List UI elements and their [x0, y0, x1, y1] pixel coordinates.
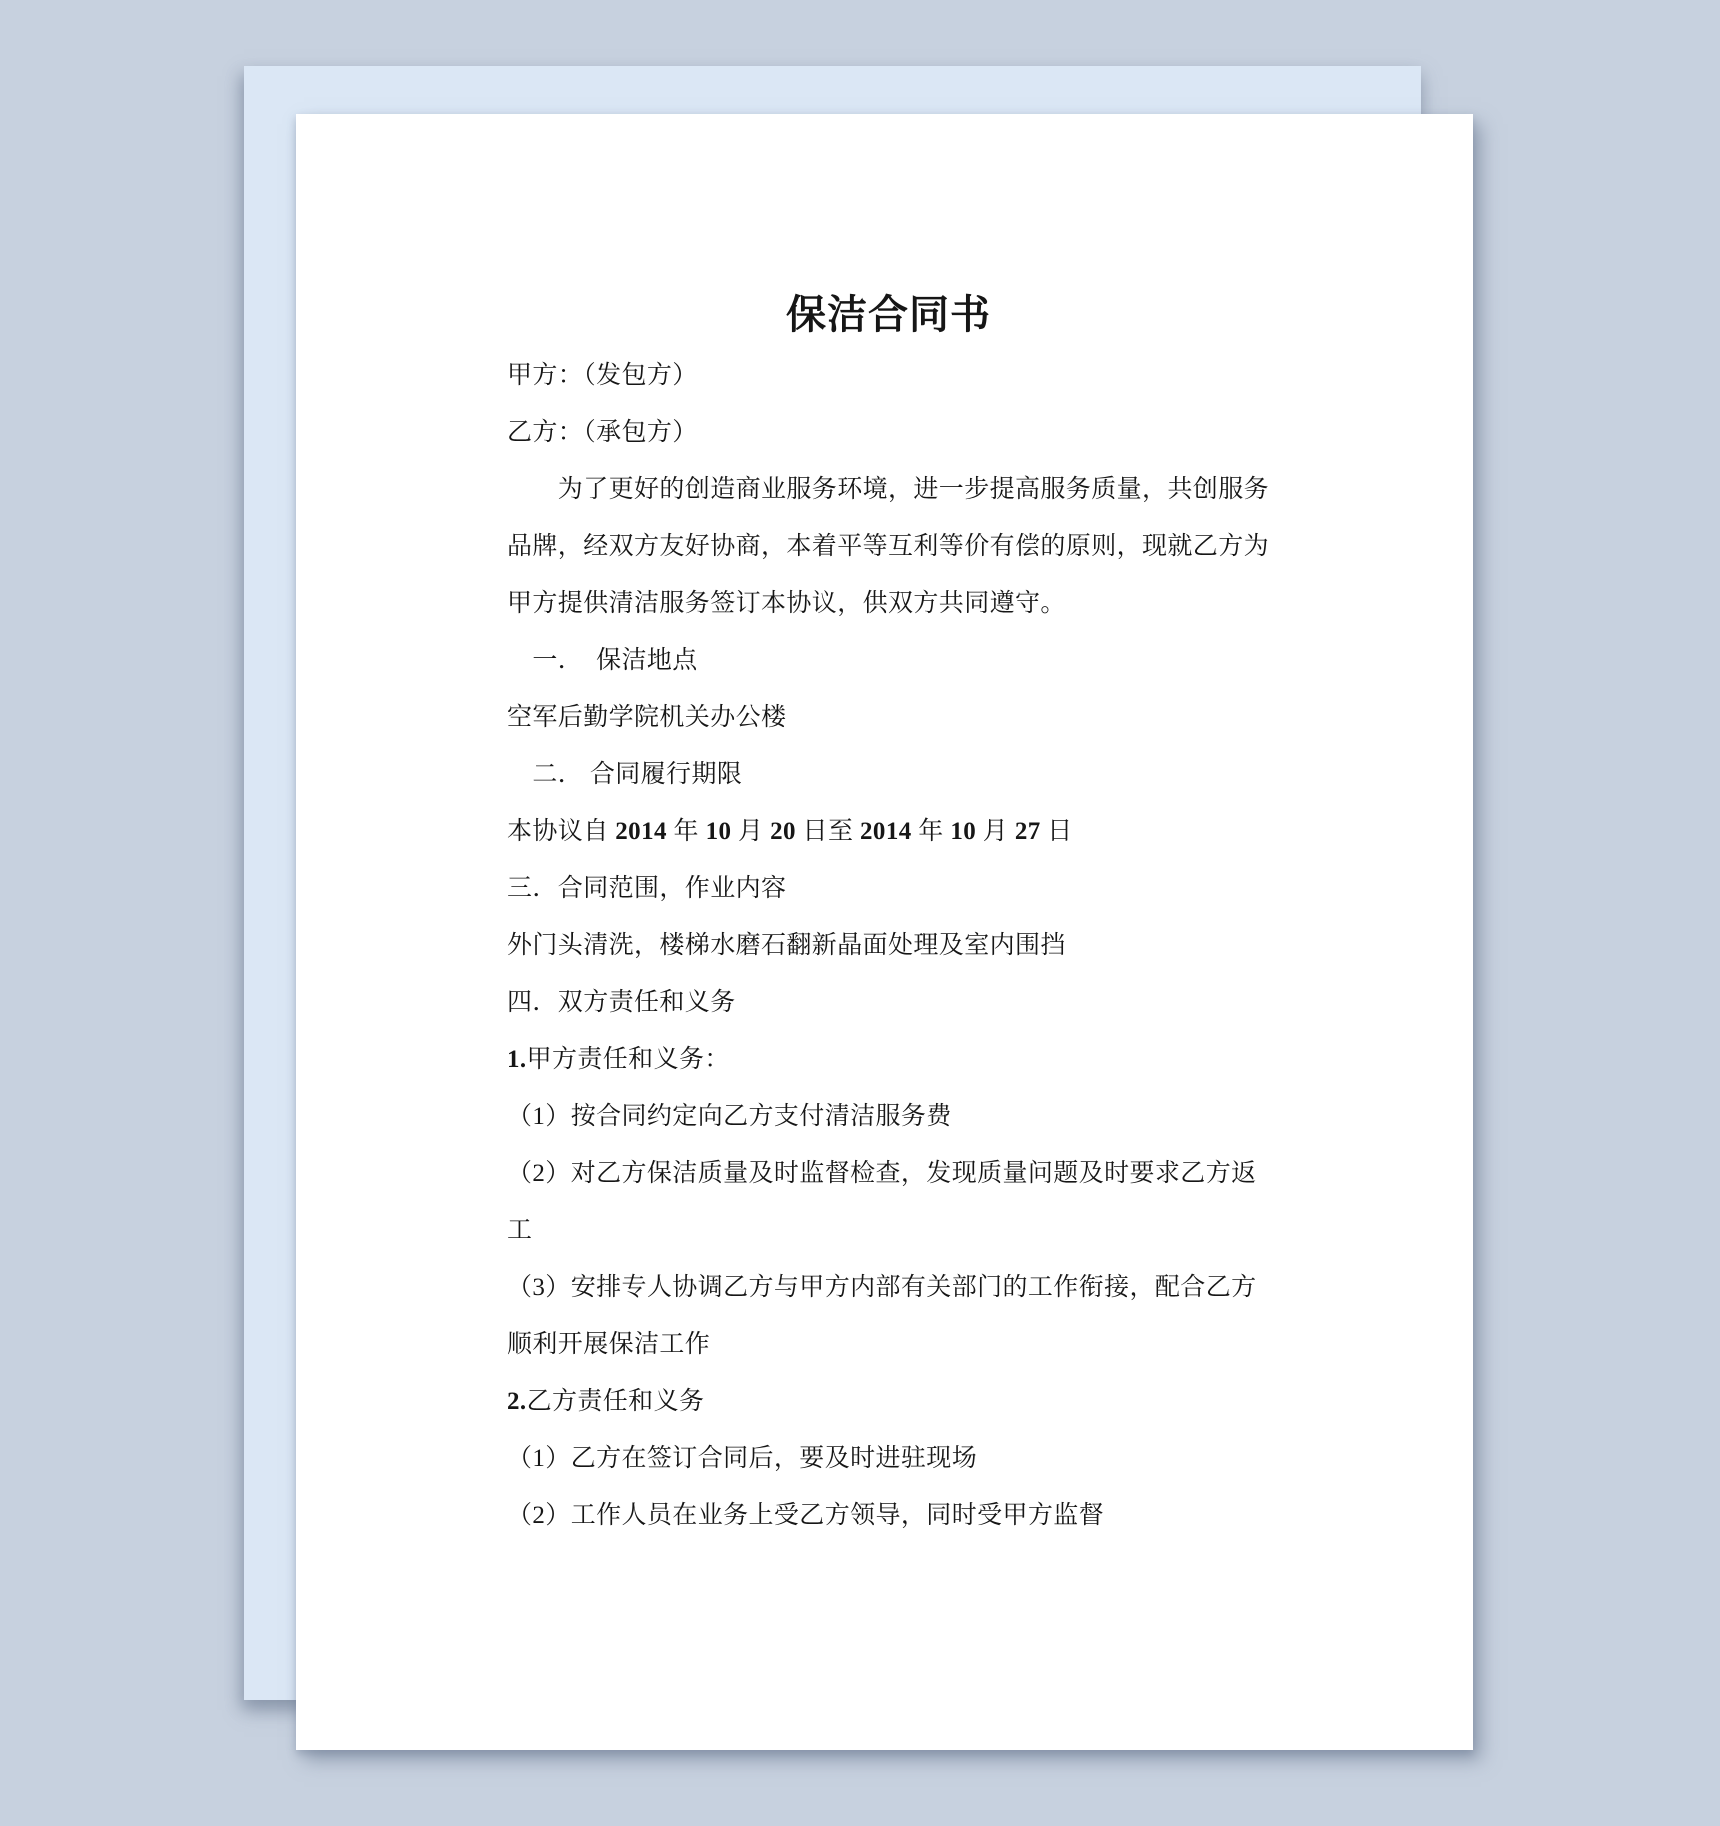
text-segment: 日: [1041, 818, 1073, 845]
text-segment: 外门头清洗，楼梯水磨石翻新晶面处理及室内围挡: [507, 932, 1066, 959]
text-segment: 日至: [796, 818, 860, 845]
document-line: 甲方提供清洁服务签订本协议，供双方共同遵守。: [507, 575, 1066, 632]
text-segment: 1.: [507, 1046, 527, 1073]
text-segment: 年: [667, 818, 706, 845]
document-line: （3）安排专人协调乙方与甲方内部有关部门的工作衔接，配合乙方: [507, 1259, 1257, 1316]
document-line: （1）按合同约定向乙方支付清洁服务费: [507, 1088, 952, 1145]
document-line: 本协议自 2014 年 10 月 20 日至 2014 年 10 月 27 日: [507, 803, 1073, 860]
document-line: 二． 合同履行期限: [507, 746, 742, 803]
document-line: 顺利开展保洁工作: [507, 1316, 710, 1373]
document-line: （2）对乙方保洁质量及时监督检查，发现质量问题及时要求乙方返: [507, 1145, 1257, 1202]
document-line: 2.乙方责任和义务: [507, 1373, 704, 1430]
text-segment: 2014: [860, 818, 912, 845]
text-segment: 顺利开展保洁工作: [507, 1331, 710, 1358]
text-segment: 27: [1015, 818, 1041, 845]
text-segment: （2）对乙方保洁质量及时监督检查，发现质量问题及时要求乙方返: [507, 1160, 1257, 1187]
text-segment: 三．合同范围，作业内容: [507, 875, 786, 902]
page-title: 保洁合同书: [507, 284, 1270, 346]
document-line: 一． 保洁地点: [507, 632, 698, 689]
document-line: 外门头清洗，楼梯水磨石翻新晶面处理及室内围挡: [507, 917, 1066, 974]
text-segment: 10: [950, 818, 976, 845]
document-line: 乙方：（承包方）: [507, 404, 698, 461]
document-line: 为了更好的创造商业服务环境，进一步提高服务质量，共创服务: [507, 461, 1269, 518]
document-line: 三．合同范围，作业内容: [507, 860, 786, 917]
text-segment: （1）乙方在签订合同后，要及时进驻现场: [507, 1445, 977, 1472]
text-segment: 甲方提供清洁服务签订本协议，供双方共同遵守。: [507, 590, 1066, 617]
text-segment: 一． 保洁地点: [507, 647, 698, 674]
text-segment: 甲方责任和义务：: [527, 1046, 730, 1073]
text-segment: （2）工作人员在业务上受乙方领导，同时受甲方监督: [507, 1502, 1104, 1529]
document-line: （1）乙方在签订合同后，要及时进驻现场: [507, 1430, 977, 1487]
text-segment: 乙方：（承包方）: [507, 419, 698, 446]
text-segment: 月: [976, 818, 1015, 845]
text-segment: （3）安排专人协调乙方与甲方内部有关部门的工作衔接，配合乙方: [507, 1274, 1257, 1301]
text-segment: 20: [770, 818, 796, 845]
text-segment: 年: [912, 818, 951, 845]
text-segment: 10: [706, 818, 732, 845]
document-line: 四．双方责任和义务: [507, 974, 736, 1031]
text-segment: 2.: [507, 1388, 527, 1415]
text-segment: （1）按合同约定向乙方支付清洁服务费: [507, 1103, 952, 1130]
document-line: 空军后勤学院机关办公楼: [507, 689, 786, 746]
desktop-background: 保洁合同书 甲方：（发包方）乙方：（承包方） 为了更好的创造商业服务环境，进一步…: [0, 0, 1720, 1826]
text-segment: 空军后勤学院机关办公楼: [507, 704, 786, 731]
text-segment: 乙方责任和义务: [527, 1388, 705, 1415]
text-segment: 甲方：（发包方）: [507, 362, 698, 389]
text-segment: 月: [731, 818, 770, 845]
document-line: 1.甲方责任和义务：: [507, 1031, 730, 1088]
document-line: （2）工作人员在业务上受乙方领导，同时受甲方监督: [507, 1487, 1104, 1544]
contract-page: 保洁合同书 甲方：（发包方）乙方：（承包方） 为了更好的创造商业服务环境，进一步…: [296, 114, 1473, 1750]
text-segment: 四．双方责任和义务: [507, 989, 736, 1016]
document-line: 甲方：（发包方）: [507, 347, 698, 404]
text-segment: 为了更好的创造商业服务环境，进一步提高服务质量，共创服务: [507, 476, 1269, 503]
text-segment: 二． 合同履行期限: [507, 761, 742, 788]
text-segment: 品牌，经双方友好协商，本着平等互利等价有偿的原则，现就乙方为: [507, 533, 1269, 560]
text-segment: 2014: [615, 818, 667, 845]
document-line: 工: [507, 1202, 532, 1259]
text-segment: 本协议自: [507, 818, 615, 845]
text-segment: 工: [507, 1217, 532, 1244]
document-line: 品牌，经双方友好协商，本着平等互利等价有偿的原则，现就乙方为: [507, 518, 1269, 575]
